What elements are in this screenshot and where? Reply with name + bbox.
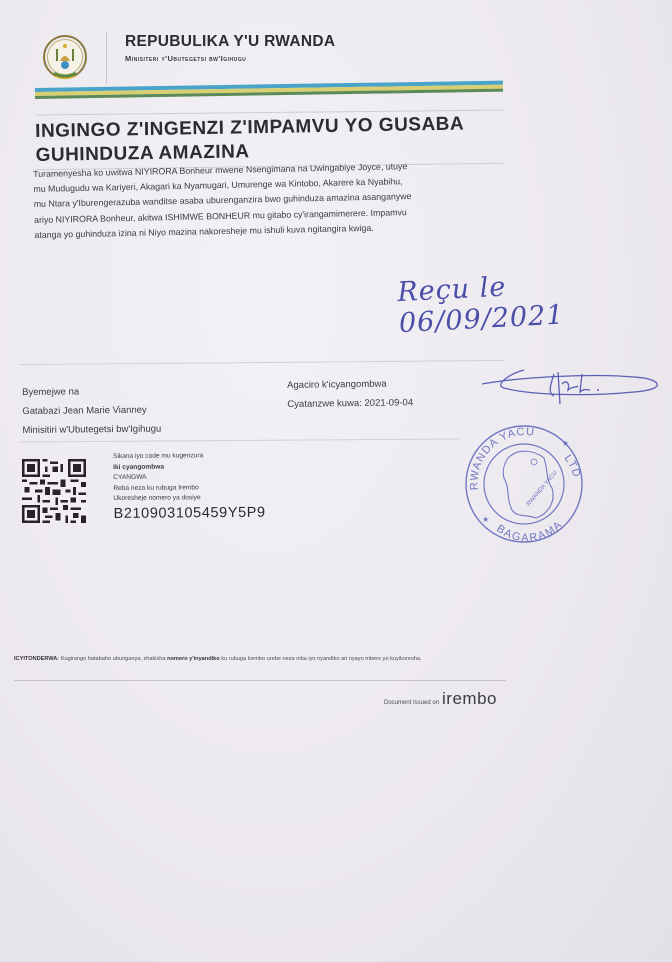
verification-instructions: Sikana iyo code mu kugenzura Iki cyangom… bbox=[113, 451, 266, 522]
issued-label: Document Issued on bbox=[384, 700, 439, 706]
issued-on-footer: Document Issued on irembo bbox=[384, 689, 497, 709]
qr-code-icon bbox=[22, 459, 86, 523]
approval-block: Byemejwe na Gatabazi Jean Marie Vianney … bbox=[22, 382, 161, 440]
country-name: REPUBULIKA Y'U RWANDA bbox=[125, 33, 335, 51]
validity-block: Agaciro k'icyangombwa Cyatanzwe kuwa: 20… bbox=[287, 374, 413, 414]
svg-text:RWANDA YACU: RWANDA YACU bbox=[468, 426, 535, 491]
stamp-bottom-text: BAGARAMA bbox=[494, 518, 565, 544]
application-number: B210903105459Y5P9 bbox=[113, 504, 265, 521]
notice-emphasis: nomero y'inyandiko bbox=[167, 656, 220, 662]
notice-label: ICYITONDERWA: bbox=[14, 656, 59, 662]
validity-label: Agaciro k'icyangombwa bbox=[287, 374, 413, 395]
document-page: REPUBULIKA Y'U RWANDA Minisiteri y'Ubute… bbox=[0, 0, 672, 962]
rwanda-coat-of-arms-icon bbox=[40, 33, 90, 83]
irembo-logo: irembo bbox=[442, 689, 497, 709]
fraud-warning-notice: ICYITONDERWA: Kugirango hatabaho uburiga… bbox=[14, 653, 509, 665]
stamp-center-text: RWANDA YACU bbox=[526, 470, 559, 507]
stamp-top-text: RWANDA YACU bbox=[468, 426, 535, 491]
svg-text:★: ★ bbox=[562, 439, 569, 448]
notice-text: ku rubuga Irembo urebe neza niba iyo nya… bbox=[220, 656, 422, 662]
header-divider bbox=[106, 32, 107, 84]
document-body: Turamenyesha ko uwitwa NIYIRORA Bonheur … bbox=[33, 157, 512, 243]
issue-date: Cyatanzwe kuwa: 2021-09-04 bbox=[287, 393, 413, 414]
signature-icon bbox=[474, 360, 670, 410]
file-number-instruction: Ukoresheje nomero ya dosiye bbox=[113, 493, 265, 505]
company-stamp-icon: RWANDA YACU LTD BAGARAMA RWANDA YACU ★ ★ bbox=[456, 418, 596, 548]
approver-name: Gatabazi Jean Marie Vianney bbox=[22, 401, 161, 421]
approved-by-label: Byemejwe na bbox=[22, 382, 161, 402]
approver-position: Minisitiri w'Ubutegetsi bw'Igihugu bbox=[22, 420, 161, 440]
ministry-name: Minisiteri y'Ubutegetsi bw'Igihugu bbox=[125, 54, 246, 63]
svg-text:BAGARAMA: BAGARAMA bbox=[494, 518, 565, 544]
notice-text: Kugirango hatabaho uburiganya, shakisha bbox=[59, 656, 167, 662]
divider bbox=[14, 680, 506, 681]
svg-text:★: ★ bbox=[482, 515, 489, 524]
